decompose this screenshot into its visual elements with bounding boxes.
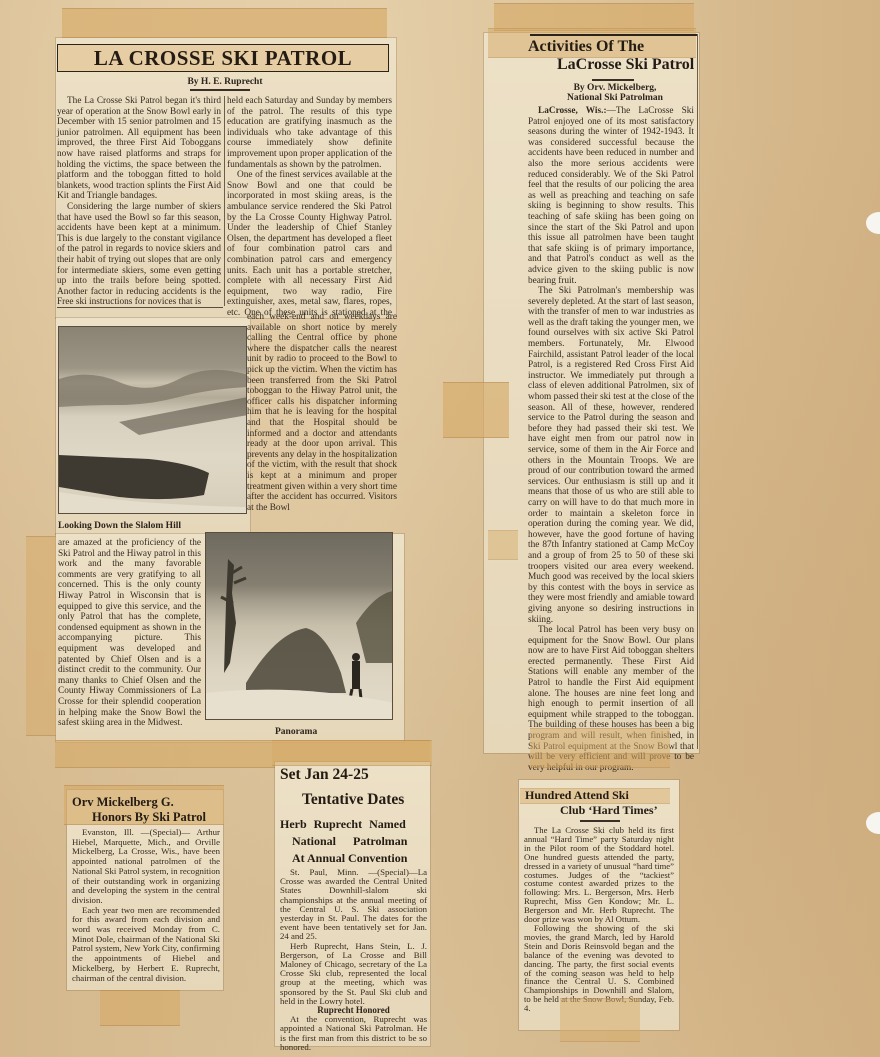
tape-strip	[494, 3, 694, 31]
dateline: LaCrosse, Wis.:	[538, 106, 607, 116]
article4-headline-line2: Tentative Dates	[302, 791, 404, 809]
article5-body: The La Crosse Ski club held its first an…	[524, 826, 674, 1013]
tape-strip	[488, 530, 518, 560]
paragraph: each week-end and on weekdays are availa…	[247, 312, 397, 513]
article4-subhead-line3: At Annual Convention	[292, 851, 407, 866]
article5-headline-line1: Hundred Attend Ski	[525, 788, 629, 803]
paragraph: The Ski Patrolman's membership was sever…	[528, 286, 694, 625]
article4-subhead-line2: National Patrolman	[292, 834, 407, 849]
paragraph: held each Saturday and Sunday by members…	[227, 96, 392, 170]
byline-rule	[190, 89, 250, 91]
photo2-caption: Panorama	[275, 727, 317, 737]
article3-headline-line2: Honors By Ski Patrol	[92, 810, 206, 825]
article4-headline-line1: Set Jan 24-25	[280, 766, 369, 784]
paragraph: The La Crosse Ski Patrol began it's thir…	[57, 96, 221, 202]
slalom-landscape-icon	[59, 327, 247, 514]
byline-rule	[592, 79, 634, 81]
paragraph: Herb Ruprecht, Hans Stein, L. J. Bergers…	[280, 942, 427, 1006]
tape-strip	[530, 728, 670, 768]
photo-slalom-hill	[58, 326, 247, 514]
article2-headline-line1: Activities Of The	[528, 38, 644, 56]
headline-box: LA CROSSE SKI PATROL	[57, 44, 389, 72]
article2-byline-line2: National Ski Patrolman	[540, 93, 690, 103]
paragraph: Evanston, Ill. —(Special)— Arthur Hiebel…	[72, 828, 220, 906]
paragraph: Considering the large number of skiers t…	[57, 202, 221, 308]
byline-rule	[580, 820, 620, 822]
article2-byline-line1: By Orv. Mickelberg,	[540, 83, 690, 93]
tape-strip	[560, 998, 640, 1042]
article2-top-rule	[530, 34, 698, 36]
article1-col3: each week-end and on weekdays are availa…	[247, 312, 397, 513]
paragraph: The La Crosse Ski club held its first an…	[524, 826, 674, 924]
column-rule	[697, 34, 698, 749]
article1-col1: The La Crosse Ski Patrol began it's thir…	[57, 96, 221, 308]
article3-body: Evanston, Ill. —(Special)— Arthur Hiebel…	[72, 828, 220, 983]
paragraph: LaCrosse, Wis.:—The LaCrosse Ski Patrol …	[528, 106, 694, 286]
paragraph: are amazed at the proficiency of the Ski…	[58, 538, 201, 729]
tape-strip	[272, 740, 432, 766]
paragraph: At the convention, Ruprecht was appointe…	[280, 1015, 427, 1052]
article3-headline-line1: Orv Mickelberg G.	[72, 795, 174, 810]
tape-strip	[62, 8, 387, 38]
paragraph: Each year two men are recommended for th…	[72, 906, 220, 984]
paragraph: St. Paul, Minn. —(Special)—La Crosse was…	[280, 868, 427, 942]
binder-hole-top	[866, 212, 880, 234]
paragraph: One of the finest services available at …	[227, 170, 392, 329]
photo1-caption: Looking Down the Slalom Hill	[58, 521, 181, 531]
article1-byline: By H. E. Ruprecht	[160, 77, 290, 87]
column-rule	[224, 96, 225, 306]
article5-headline-line2: Club ‘Hard Times’	[560, 803, 658, 818]
article1-col2: held each Saturday and Sunday by members…	[227, 96, 392, 329]
tape-strip	[443, 382, 509, 438]
tape-strip	[100, 990, 180, 1026]
binder-hole-bottom	[866, 812, 880, 834]
article1-col4: are amazed at the proficiency of the Ski…	[58, 538, 201, 729]
tape-strip	[26, 536, 56, 736]
column-divider	[57, 307, 223, 308]
article1-headline: LA CROSSE SKI PATROL	[94, 46, 352, 71]
article4-body: St. Paul, Minn. —(Special)—La Crosse was…	[280, 868, 427, 1052]
photo-panorama	[205, 532, 393, 720]
panorama-skier-icon	[206, 533, 393, 720]
article2-body: LaCrosse, Wis.:—The LaCrosse Ski Patrol …	[528, 106, 694, 773]
article2-headline-line2: LaCrosse Ski Patrol	[557, 56, 694, 74]
article4-subhead-line1: Herb Ruprecht Named	[280, 817, 406, 832]
